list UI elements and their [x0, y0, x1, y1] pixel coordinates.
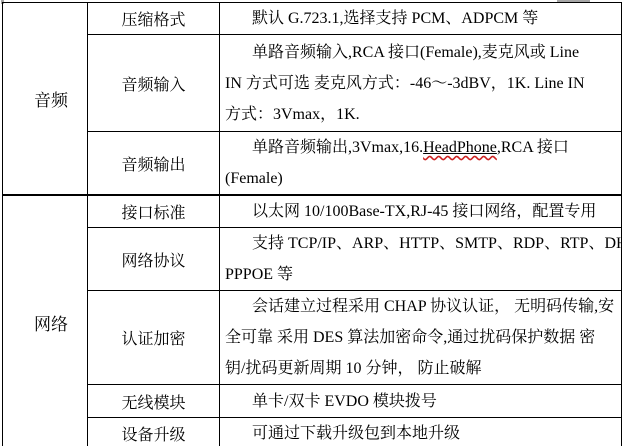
- desc-line: 默认 G.723.1,选择支持 PCM、ADPCM 等: [225, 3, 617, 34]
- desc-line: 单卡/双卡 EVDO 模块拨号: [225, 386, 617, 417]
- spellcheck-underlined-word: HeadPhone: [423, 139, 497, 156]
- desc-line: 单路音频输出,3Vmax,16.HeadPhone,RCA 接口: [225, 132, 617, 163]
- spec-item-label: 无线模块: [88, 385, 220, 418]
- desc-line: 以太网 10/100Base-TX,RJ-45 接口网络，配置专用: [225, 196, 617, 227]
- desc-line: 单路音频输入,RCA 接口(Female),麦克风或 Line: [225, 37, 617, 68]
- table-row: 音频输出 单路音频输出,3Vmax,16.HeadPhone,RCA 接口 (F…: [3, 132, 622, 196]
- spec-item-label: 接口标准: [88, 195, 220, 228]
- desc-line: 全可靠 采用 DES 算法加密命令,通过扰码保护数据 密: [225, 322, 617, 353]
- table-row: 音频输入 单路音频输入,RCA 接口(Female),麦克风或 Line IN …: [3, 35, 622, 132]
- spec-item-label: 音频输入: [88, 35, 220, 132]
- category-cell-network: 网络: [3, 195, 88, 446]
- spec-item-description: 支持 TCP/IP、ARP、HTTP、SMTP、RDP、RTP、DHCP、 PP…: [220, 228, 622, 291]
- desc-line: 可通过下载升级包到本地升级: [225, 418, 617, 446]
- spec-item-description: 单卡/双卡 EVDO 模块拨号: [220, 385, 622, 418]
- table-row: 设备升级 可通过下载升级包到本地升级: [3, 418, 622, 446]
- spec-item-label: 压缩格式: [88, 3, 220, 35]
- table-row: 网络协议 支持 TCP/IP、ARP、HTTP、SMTP、RDP、RTP、DHC…: [3, 228, 622, 291]
- desc-line: 方式：3Vmax，1K.: [225, 99, 617, 130]
- spec-item-label: 网络协议: [88, 228, 220, 291]
- table-row: 无线模块 单卡/双卡 EVDO 模块拨号: [3, 385, 622, 418]
- desc-line: IN 方式可选 麦克风方式：-46～-3dBV，1K. Line IN: [225, 68, 617, 99]
- desc-line: 钥/扰码更新周期 10 分钟， 防止破解: [225, 353, 617, 384]
- spec-item-label: 认证加密: [88, 291, 220, 385]
- desc-line: (Female): [225, 163, 617, 194]
- spec-item-label: 设备升级: [88, 418, 220, 446]
- spec-item-description: 单路音频输入,RCA 接口(Female),麦克风或 Line IN 方式可选 …: [220, 35, 622, 132]
- spec-table: 音频 压缩格式 默认 G.723.1,选择支持 PCM、ADPCM 等 音频输入…: [2, 2, 622, 446]
- desc-line: 会话建立过程采用 CHAP 协议认证， 无明码传输,安: [225, 291, 617, 322]
- spec-item-description: 可通过下载升级包到本地升级: [220, 418, 622, 446]
- desc-line: 支持 TCP/IP、ARP、HTTP、SMTP、RDP、RTP、DHCP、: [225, 228, 617, 259]
- desc-text-segment: 单路音频输出,3Vmax,16.: [252, 139, 423, 156]
- desc-text-segment: ,RCA 接口: [497, 139, 569, 156]
- desc-line: PPPOE 等: [225, 259, 617, 290]
- underlined-word-wrap: HeadPhone: [423, 139, 497, 156]
- table-row: 音频 压缩格式 默认 G.723.1,选择支持 PCM、ADPCM 等: [3, 3, 622, 35]
- spec-item-description: 默认 G.723.1,选择支持 PCM、ADPCM 等: [220, 3, 622, 35]
- category-cell-audio: 音频: [3, 3, 88, 196]
- spec-item-description: 单路音频输出,3Vmax,16.HeadPhone,RCA 接口 (Female…: [220, 132, 622, 196]
- spec-item-description: 会话建立过程采用 CHAP 协议认证， 无明码传输,安 全可靠 采用 DES 算…: [220, 291, 622, 385]
- spec-item-label: 音频输出: [88, 132, 220, 196]
- table-row: 网络 接口标准 以太网 10/100Base-TX,RJ-45 接口网络，配置专…: [3, 195, 622, 228]
- spec-item-description: 以太网 10/100Base-TX,RJ-45 接口网络，配置专用: [220, 195, 622, 228]
- table-row: 认证加密 会话建立过程采用 CHAP 协议认证， 无明码传输,安 全可靠 采用 …: [3, 291, 622, 385]
